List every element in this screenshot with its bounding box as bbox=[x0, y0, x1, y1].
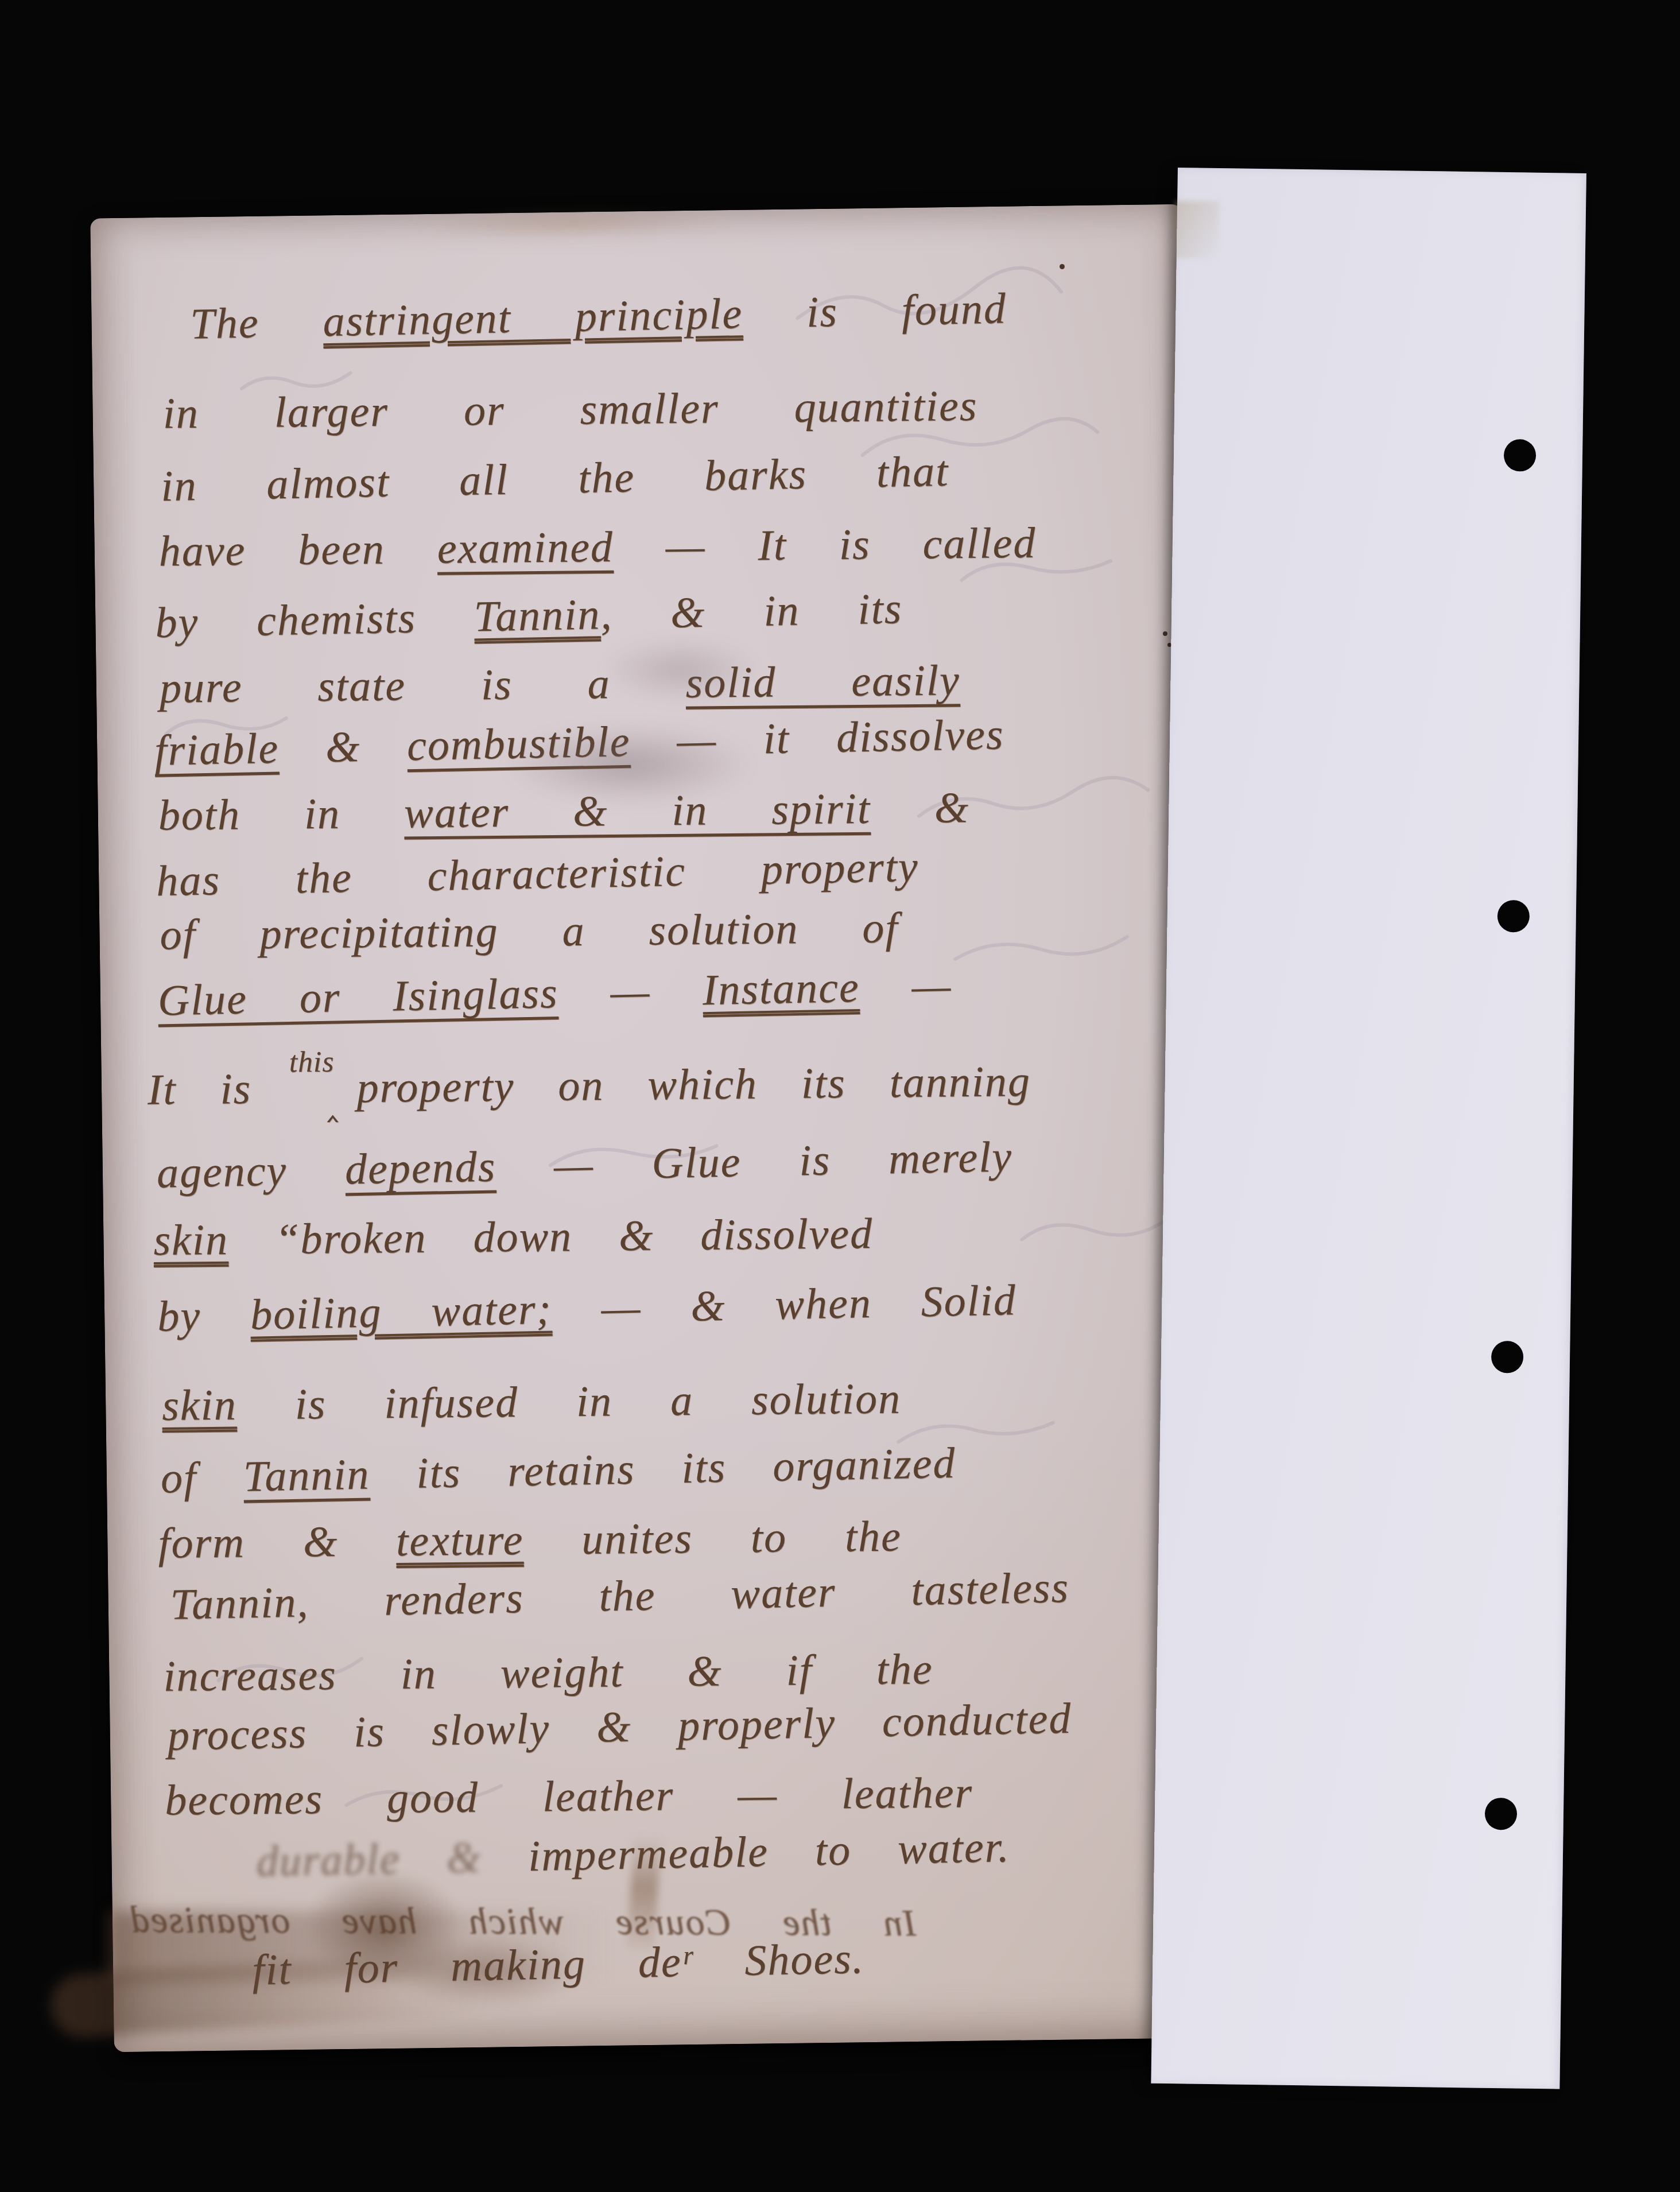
manuscript-line: have been examined — It is called bbox=[158, 521, 1036, 573]
overlay-paper-strip bbox=[1151, 168, 1586, 2089]
handwritten-text: in almost all the barks that bbox=[160, 447, 949, 510]
handwritten-text: agency bbox=[156, 1145, 346, 1197]
handwritten-text: has the characteristic property bbox=[156, 843, 919, 905]
manuscript-line: form & texture unites to the bbox=[158, 1515, 902, 1565]
handwritten-text: depends bbox=[344, 1142, 496, 1193]
ink-speck bbox=[1163, 631, 1167, 636]
handwritten-text: The bbox=[190, 297, 324, 348]
punch-hole bbox=[1497, 900, 1530, 933]
punch-hole bbox=[1491, 1341, 1524, 1374]
manuscript-line: Glue or Isinglass — Instance — bbox=[157, 964, 952, 1023]
handwritten-text: fit for making deʳ Shoes. bbox=[251, 1934, 864, 1994]
handwritten-text: Glue or Isinglass bbox=[157, 969, 558, 1025]
handwritten-text: process is slowly & properly conducted bbox=[167, 1694, 1072, 1760]
manuscript-line: both in water & in spirit & bbox=[158, 786, 969, 837]
handwritten-text: is found bbox=[742, 284, 1007, 337]
manuscript-line: in almost all the barks that bbox=[161, 449, 949, 508]
handwritten-text: impermeable to water. bbox=[527, 1823, 1010, 1880]
ink-speck bbox=[1060, 264, 1065, 269]
handwritten-text: of precipitating a solution of bbox=[160, 904, 899, 959]
manuscript-line: by boiling water; — & when Solid bbox=[157, 1278, 1017, 1339]
manuscript-line: of Tannin its retains its organized bbox=[160, 1441, 956, 1500]
handwritten-text: is infused in a solution bbox=[236, 1375, 901, 1429]
handwritten-text: , & in its bbox=[600, 584, 903, 638]
manuscript-line: becomes good leather — leather bbox=[165, 1771, 973, 1822]
handwritten-text: & bbox=[278, 721, 408, 772]
manuscript-line: fit for making deʳ Shoes. bbox=[251, 1937, 864, 1992]
handwritten-text: — bbox=[859, 961, 952, 1011]
handwritten-text: of bbox=[160, 1453, 244, 1503]
manuscript-line: by chemists Tannin, & in its bbox=[155, 587, 903, 645]
handwritten-text: texture bbox=[396, 1516, 524, 1565]
handwritten-text: boiling water; bbox=[250, 1285, 552, 1339]
manuscript-line: skin is infused in a solution bbox=[162, 1377, 901, 1427]
manuscript-line: friable & combustible — it dissolves bbox=[154, 712, 1004, 772]
handwritten-text: astringent principle bbox=[323, 289, 743, 346]
handwritten-text: becomes good leather — leather bbox=[165, 1768, 973, 1825]
handwritten-text: — it dissolves bbox=[630, 710, 1004, 765]
handwritten-text: ‸ bbox=[327, 1084, 340, 1122]
manuscript-line: It is this‸property on which its tanning bbox=[148, 1060, 1031, 1112]
manuscript-line: skin “broken down & dissolved bbox=[153, 1212, 873, 1262]
manuscript-line: agency depends — Glue is merely bbox=[156, 1135, 1012, 1195]
handwritten-text: It is bbox=[148, 1064, 296, 1114]
handwritten-text: “broken down & dissolved bbox=[228, 1209, 874, 1264]
manuscript-line: Tannin, renders the water tasteless bbox=[170, 1566, 1069, 1627]
handwritten-text: Tannin bbox=[474, 590, 601, 641]
paper-fold-mark bbox=[1174, 201, 1220, 259]
punch-hole bbox=[1485, 1798, 1518, 1830]
handwritten-text: durable & bbox=[256, 1832, 529, 1885]
handwritten-text: by chemists bbox=[155, 592, 475, 647]
handwritten-text: its retains its organized bbox=[370, 1439, 957, 1499]
manuscript-line: pure state is a solid easily bbox=[160, 658, 960, 709]
handwritten-text: pure state is a bbox=[159, 659, 685, 712]
manuscript-line: process is slowly & properly conducted bbox=[167, 1697, 1072, 1758]
handwritten-text: Tannin, renders the water tasteless bbox=[170, 1564, 1070, 1629]
punch-hole bbox=[1504, 439, 1537, 472]
handwritten-text: increases in weight & if the bbox=[163, 1645, 933, 1701]
handwritten-text: skin bbox=[153, 1216, 228, 1264]
handwritten-text: Instance bbox=[702, 963, 860, 1014]
manuscript-line: of precipitating a solution of bbox=[160, 906, 899, 957]
manuscript-line: increases in weight & if the bbox=[163, 1647, 933, 1698]
photograph-of-manuscript: The astringent principle is foundin larg… bbox=[0, 0, 1680, 2192]
manuscript-line: The astringent principle is found bbox=[190, 286, 1007, 346]
handwritten-text: & bbox=[870, 783, 969, 833]
handwritten-text: water & in spirit bbox=[404, 785, 871, 837]
manuscript-line: durable & impermeable to water. bbox=[256, 1825, 1010, 1883]
handwritten-text: friable bbox=[154, 724, 280, 775]
handwritten-text: property on which its tanning bbox=[356, 1057, 1031, 1112]
handwritten-text: examined bbox=[437, 523, 614, 573]
handwritten-text: — It is called bbox=[613, 519, 1036, 571]
handwritten-text: — bbox=[558, 966, 703, 1017]
handwritten-text: both in bbox=[158, 789, 404, 840]
handwritten-text: — & when Solid bbox=[552, 1276, 1017, 1333]
manuscript-page: The astringent principle is foundin larg… bbox=[90, 204, 1206, 2053]
handwritten-text: in larger or smaller quantities bbox=[162, 382, 977, 438]
handwritten-text: Tannin bbox=[243, 1450, 370, 1500]
handwritten-text: by bbox=[157, 1291, 250, 1341]
handwritten-text: unites to the bbox=[523, 1512, 902, 1564]
handwritten-text: solid easily bbox=[685, 656, 960, 707]
manuscript-line: has the characteristic property bbox=[156, 845, 919, 903]
handwritten-text: this bbox=[289, 1046, 334, 1079]
handwritten-text: — Glue is merely bbox=[495, 1132, 1012, 1190]
paper-stain bbox=[412, 207, 734, 240]
manuscript-line: in larger or smaller quantities bbox=[162, 384, 977, 436]
handwritten-text: have been bbox=[158, 525, 437, 576]
handwritten-text: form & bbox=[158, 1517, 396, 1568]
handwritten-text: combustible bbox=[406, 717, 631, 770]
handwritten-text: skin bbox=[162, 1381, 237, 1430]
